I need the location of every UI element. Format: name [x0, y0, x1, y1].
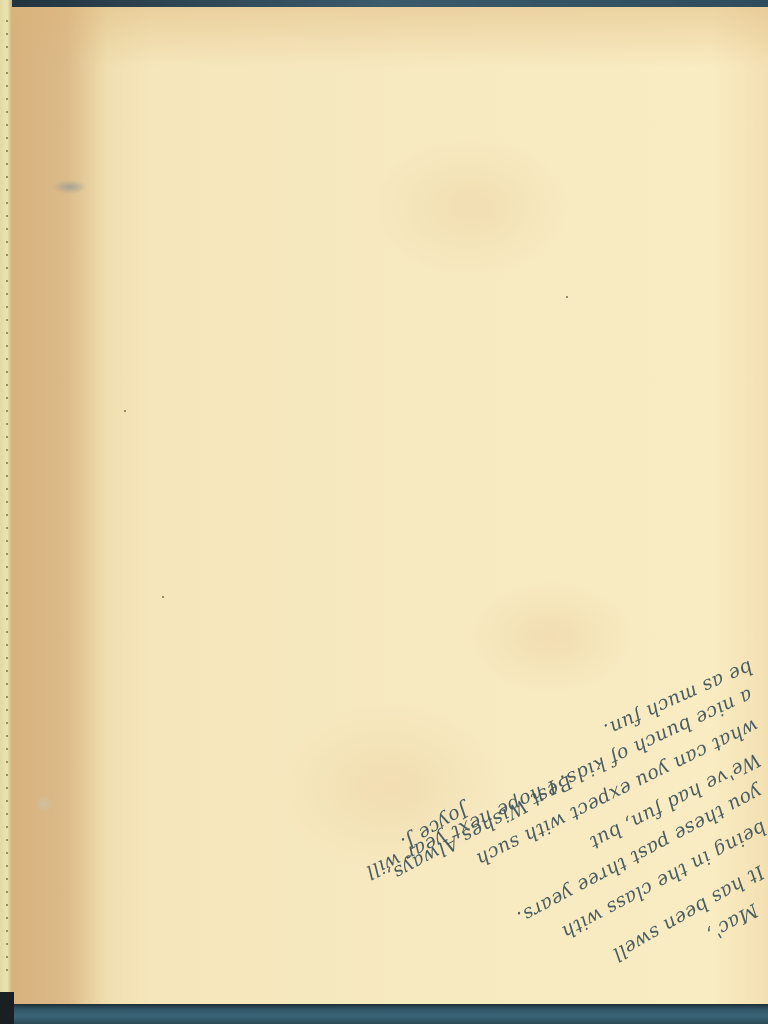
- binding-stitches: [6, 20, 8, 980]
- paper-speck: [162, 596, 164, 598]
- book-cover-bottom-edge: [12, 1004, 768, 1024]
- paper-speck: [124, 410, 126, 412]
- book-corner: [0, 992, 14, 1024]
- paper-speck: [566, 296, 568, 298]
- paper-blemish: [34, 796, 54, 812]
- ink-smudge: [52, 180, 88, 194]
- yearbook-page: [12, 7, 768, 1006]
